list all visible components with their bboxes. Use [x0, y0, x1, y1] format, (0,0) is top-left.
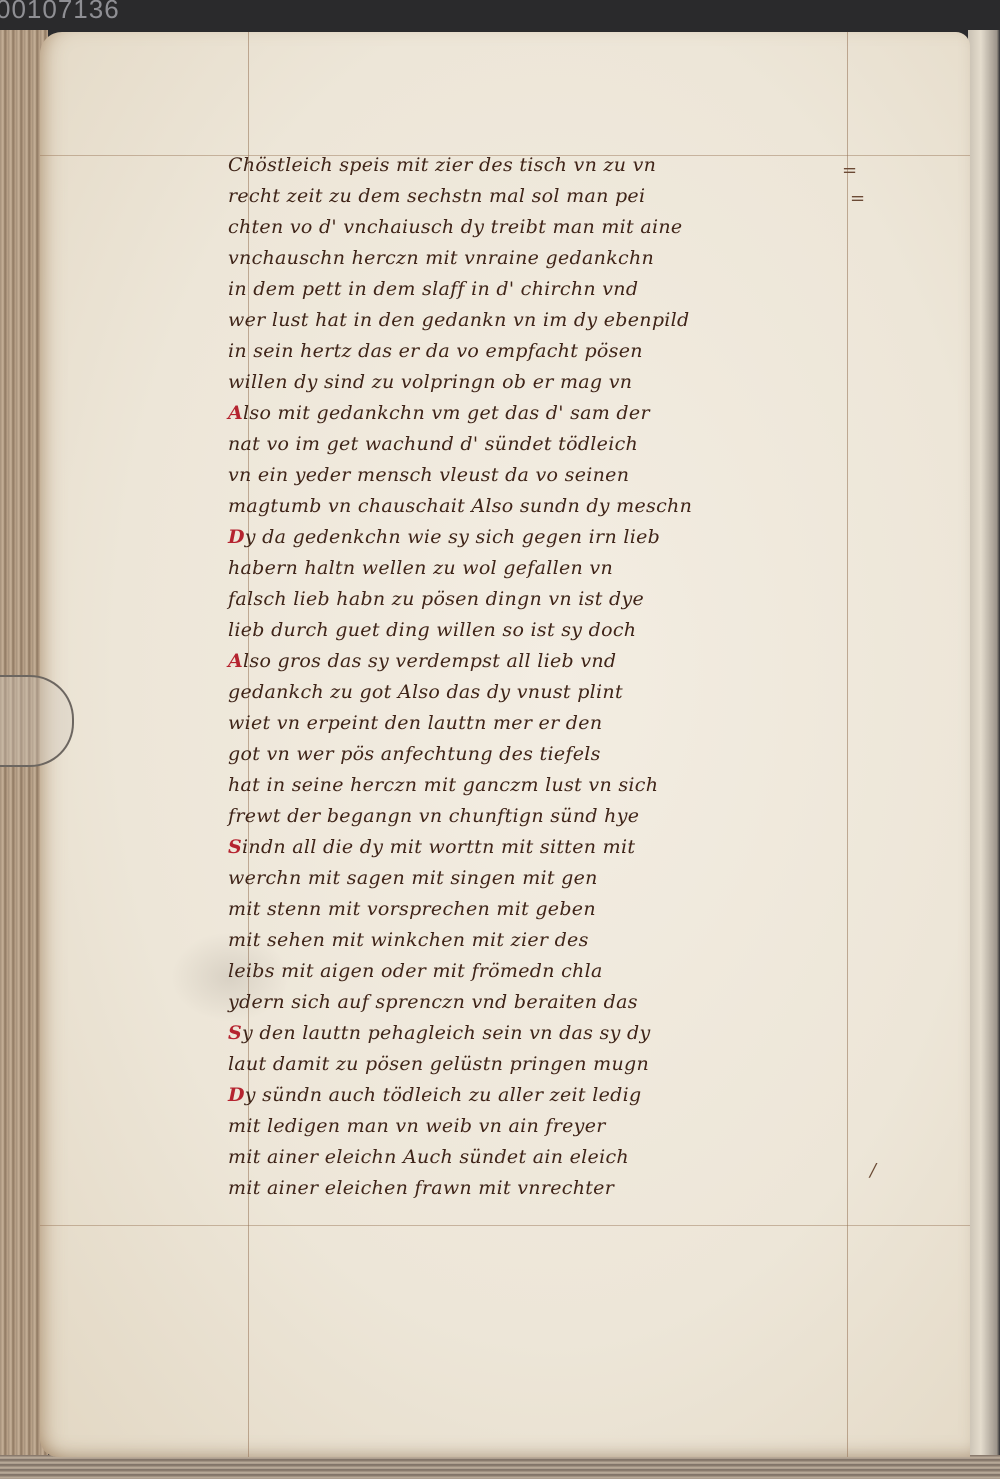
rubricated-initial: S	[228, 1022, 242, 1044]
manuscript-line: wiet vn erpeint den lauttn mer er den	[228, 708, 868, 739]
line-text: mit ainer eleichn Auch sündet ain eleich	[228, 1146, 629, 1168]
shelfmark-label: 00107136	[0, 0, 120, 25]
line-text: vnchauschn herczn mit vnraine gedankchn	[228, 247, 654, 269]
manuscript-line: ydern sich auf sprenczn vnd beraiten das	[228, 987, 868, 1018]
line-text: y sündn auch tödleich zu aller zeit ledi…	[245, 1084, 642, 1106]
manuscript-line: vnchauschn herczn mit vnraine gedankchn	[228, 243, 868, 274]
line-text: vn ein yeder mensch vleust da vo seinen	[228, 464, 629, 486]
manuscript-line: wer lust hat in den gedankn vn im dy ebe…	[228, 305, 868, 336]
rubricated-initial: A	[228, 650, 243, 672]
scan-header-bar: 00107136	[0, 0, 1000, 34]
line-text: y da gedenkchn wie sy sich gegen irn lie…	[245, 526, 660, 548]
book-edge-right	[968, 30, 1000, 1479]
manuscript-line: mit sehen mit winkchen mit zier des	[228, 925, 868, 956]
rubricated-initial: D	[228, 526, 245, 548]
line-text: wer lust hat in den gedankn vn im dy ebe…	[228, 309, 690, 331]
line-text: wiet vn erpeint den lauttn mer er den	[228, 712, 602, 734]
manuscript-line: habern haltn wellen zu wol gefallen vn	[228, 553, 868, 584]
manuscript-line: recht zeit zu dem sechstn mal sol man pe…	[228, 181, 868, 212]
manuscript-line: leibs mit aigen oder mit frömedn chla	[228, 956, 868, 987]
manuscript-line: frewt der begangn vn chunftign sünd hye	[228, 801, 868, 832]
manuscript-line: Dy sündn auch tödleich zu aller zeit led…	[228, 1080, 868, 1111]
line-text: lieb durch guet ding willen so ist sy do…	[228, 619, 636, 641]
manuscript-line: Chöstleich speis mit zier des tisch vn z…	[228, 150, 868, 181]
rubricated-initial: S	[228, 836, 242, 858]
manuscript-line: willen dy sind zu volpringn ob er mag vn	[228, 367, 868, 398]
manuscript-line: nat vo im get wachund d' sündet tödleich	[228, 429, 868, 460]
manuscript-line: in dem pett in dem slaff in d' chirchn v…	[228, 274, 868, 305]
manuscript-line: Also mit gedankchn vm get das d' sam der	[228, 398, 868, 429]
manuscript-line: Sy den lauttn pehagleich sein vn das sy …	[228, 1018, 868, 1049]
manuscript-line: got vn wer pös anfechtung des tiefels	[228, 739, 868, 770]
manuscript-line: magtumb vn chauschait Also sundn dy mesc…	[228, 491, 868, 522]
line-text: got vn wer pös anfechtung des tiefels	[228, 743, 601, 765]
line-text: y den lauttn pehagleich sein vn das sy d…	[242, 1022, 650, 1044]
line-text: magtumb vn chauschait Also sundn dy mesc…	[228, 495, 692, 517]
line-text: mit ainer eleichen frawn mit vnrechter	[228, 1177, 614, 1199]
manuscript-line: mit ainer eleichen frawn mit vnrechter	[228, 1173, 868, 1204]
line-text: leibs mit aigen oder mit frömedn chla	[228, 960, 603, 982]
line-text: in sein hertz das er da vo empfacht pöse…	[228, 340, 643, 362]
line-text: indn all die dy mit worttn mit sitten mi…	[242, 836, 635, 858]
manuscript-line: Sindn all die dy mit worttn mit sitten m…	[228, 832, 868, 863]
manuscript-line: hat in seine herczn mit ganczm lust vn s…	[228, 770, 868, 801]
line-text: lso gros das sy verdempst all lieb vnd	[243, 650, 616, 672]
manuscript-line: Dy da gedenkchn wie sy sich gegen irn li…	[228, 522, 868, 553]
manuscript-line: lieb durch guet ding willen so ist sy do…	[228, 615, 868, 646]
manuscript-line: mit ledigen man vn weib vn ain freyer	[228, 1111, 868, 1142]
manuscript-line: laut damit zu pösen gelüstn pringen mugn	[228, 1049, 868, 1080]
line-text: werchn mit sagen mit singen mit gen	[228, 867, 598, 889]
manuscript-line: vn ein yeder mensch vleust da vo seinen	[228, 460, 868, 491]
manuscript-line: werchn mit sagen mit singen mit gen	[228, 863, 868, 894]
line-text: falsch lieb habn zu pösen dingn vn ist d…	[228, 588, 644, 610]
line-text: nat vo im get wachund d' sündet tödleich	[228, 433, 638, 455]
rubricated-initial: D	[228, 1084, 245, 1106]
line-text: in dem pett in dem slaff in d' chirchn v…	[228, 278, 638, 300]
line-text: recht zeit zu dem sechstn mal sol man pe…	[228, 185, 645, 207]
margin-mark-bottom: /	[870, 1160, 876, 1181]
manuscript-line: gedankch zu got Also das dy vnust plint	[228, 677, 868, 708]
manuscript-line: Also gros das sy verdempst all lieb vnd	[228, 646, 868, 677]
ruling-bottom	[40, 1225, 970, 1226]
line-text: hat in seine herczn mit ganczm lust vn s…	[228, 774, 658, 796]
line-text: chten vo d' vnchaiusch dy treibt man mit…	[228, 216, 682, 238]
line-text: frewt der begangn vn chunftign sünd hye	[228, 805, 639, 827]
line-text: mit stenn mit vorsprechen mit geben	[228, 898, 596, 920]
manuscript-text-block: Chöstleich speis mit zier des tisch vn z…	[228, 150, 868, 1204]
line-text: Chöstleich speis mit zier des tisch vn z…	[228, 154, 656, 176]
line-text: mit ledigen man vn weib vn ain freyer	[228, 1115, 606, 1137]
line-text: laut damit zu pösen gelüstn pringen mugn	[228, 1053, 649, 1075]
line-text: ydern sich auf sprenczn vnd beraiten das	[228, 991, 638, 1013]
manuscript-line: chten vo d' vnchaiusch dy treibt man mit…	[228, 212, 868, 243]
line-text: willen dy sind zu volpringn ob er mag vn	[228, 371, 632, 393]
line-text: lso mit gedankchn vm get das d' sam der	[243, 402, 650, 424]
manuscript-line: falsch lieb habn zu pösen dingn vn ist d…	[228, 584, 868, 615]
manuscript-line: mit ainer eleichn Auch sündet ain eleich	[228, 1142, 868, 1173]
book-edge-bottom	[0, 1455, 1000, 1479]
manuscript-line: in sein hertz das er da vo empfacht pöse…	[228, 336, 868, 367]
rubricated-initial: A	[228, 402, 243, 424]
manuscript-line: mit stenn mit vorsprechen mit geben	[228, 894, 868, 925]
line-text: gedankch zu got Also das dy vnust plint	[228, 681, 623, 703]
line-text: habern haltn wellen zu wol gefallen vn	[228, 557, 613, 579]
line-text: mit sehen mit winkchen mit zier des	[228, 929, 589, 951]
